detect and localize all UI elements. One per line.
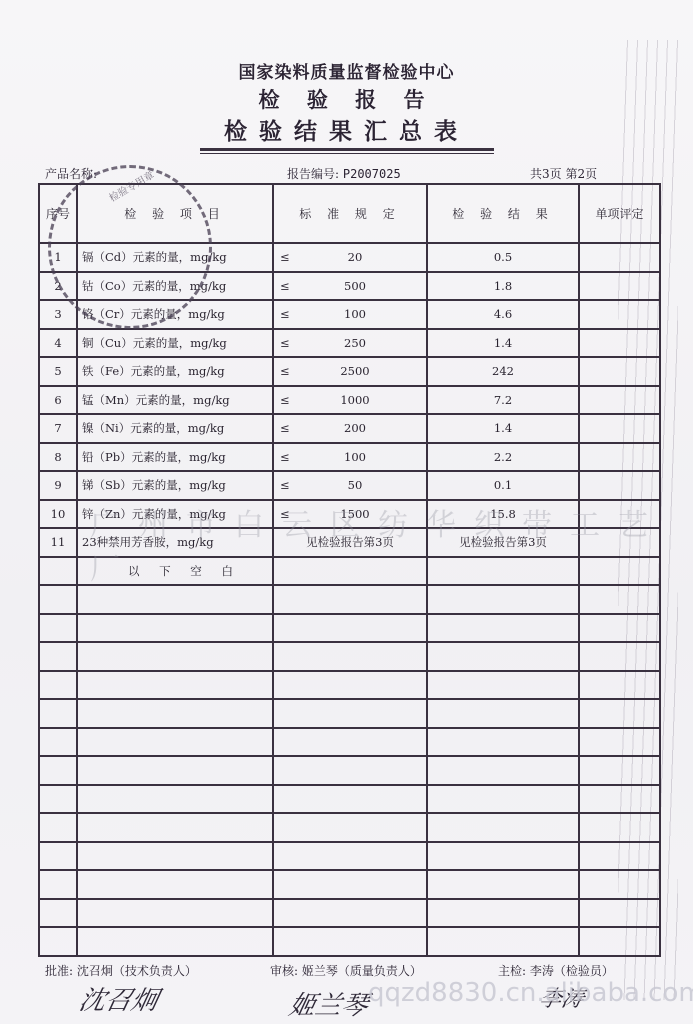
row-item: 锌（Zn）元素的量，mg/kg (77, 500, 273, 529)
empty-cell (579, 728, 660, 757)
empty-cell (77, 728, 273, 757)
empty-cell (77, 699, 273, 728)
row-result: 1.4 (427, 414, 579, 443)
standard-value: 250 (278, 336, 422, 350)
empty-row (39, 699, 660, 728)
table-row: 11 23种禁用芳香胺，mg/kg 见检验报告第3页 见检验报告第3页 (39, 528, 660, 557)
empty-cell (273, 813, 427, 842)
row-result: 4.6 (427, 300, 579, 329)
empty-cell (579, 756, 660, 785)
row-item: 锰（Mn）元素的量，mg/kg (77, 386, 273, 415)
blank-note: 以 下 空 白 (77, 557, 273, 586)
row-standard: ≤1500 (273, 500, 427, 529)
standard-value: 2500 (278, 364, 422, 378)
empty-row (39, 870, 660, 899)
inspector-label: 主检: 李涛（检验员） (498, 962, 614, 979)
row-standard: ≤1000 (273, 386, 427, 415)
empty-cell (579, 557, 660, 586)
table-row: 10 锌（Zn）元素的量，mg/kg ≤1500 15.8 (39, 500, 660, 529)
empty-cell (273, 557, 427, 586)
empty-cell (579, 614, 660, 643)
standard-value: 100 (278, 450, 422, 464)
table-row: 1 镉（Cd）元素的量，mg/kg ≤20 0.5 (39, 243, 660, 272)
standard-value: 20 (278, 250, 422, 264)
table-row: 5 铁（Fe）元素的量，mg/kg ≤2500 242 (39, 357, 660, 386)
approver-signature: 沈召炯 (76, 980, 162, 1017)
row-no: 5 (39, 357, 77, 386)
empty-cell (39, 642, 77, 671)
empty-cell (579, 813, 660, 842)
empty-cell (273, 899, 427, 928)
le-operator: ≤ (280, 450, 290, 464)
row-standard: 见检验报告第3页 (273, 528, 427, 557)
empty-cell (579, 927, 660, 956)
empty-cell (39, 671, 77, 700)
row-no: 2 (39, 272, 77, 301)
row-judgement (579, 357, 660, 386)
empty-cell (427, 870, 579, 899)
row-result: 7.2 (427, 386, 579, 415)
row-item: 钴（Co）元素的量，mg/kg (77, 272, 273, 301)
standard-value: 500 (278, 279, 422, 293)
table-row: 8 铅（Pb）元素的量，mg/kg ≤100 2.2 (39, 443, 660, 472)
table-row: 3 铬（Cr）元素的量，mg/kg ≤100 4.6 (39, 300, 660, 329)
empty-cell (427, 614, 579, 643)
empty-cell (579, 870, 660, 899)
empty-cell (273, 699, 427, 728)
empty-cell (273, 728, 427, 757)
approver-label: 批准: 沈召炯（技术负责人） (45, 962, 197, 979)
le-operator: ≤ (280, 364, 290, 378)
row-item: 铅（Pb）元素的量，mg/kg (77, 443, 273, 472)
col-header-standard: 标 准 规 定 (273, 184, 427, 243)
row-judgement (579, 500, 660, 529)
row-result: 见检验报告第3页 (427, 528, 579, 557)
empty-cell (579, 842, 660, 871)
table-row: 7 镍（Ni）元素的量，mg/kg ≤200 1.4 (39, 414, 660, 443)
empty-cell (273, 756, 427, 785)
report-number-label: 报告编号: (287, 167, 339, 181)
empty-row (39, 785, 660, 814)
empty-cell (77, 870, 273, 899)
row-standard: ≤500 (273, 272, 427, 301)
row-judgement (579, 329, 660, 358)
row-no: 9 (39, 471, 77, 500)
le-operator: ≤ (280, 507, 290, 521)
empty-cell (39, 899, 77, 928)
empty-cell (39, 927, 77, 956)
empty-cell (427, 642, 579, 671)
report-number: 报告编号: P2007025 (287, 165, 401, 182)
empty-cell (579, 699, 660, 728)
empty-cell (77, 642, 273, 671)
inspector-signature: 李涛 (537, 982, 588, 1013)
row-result: 1.4 (427, 329, 579, 358)
table-header-row: 序号 检 验 项 目 标 准 规 定 检 验 结 果 单项评定 (39, 184, 660, 243)
row-no: 4 (39, 329, 77, 358)
empty-cell (273, 927, 427, 956)
page-indicator: 共3页 第2页 (530, 165, 597, 182)
row-no: 1 (39, 243, 77, 272)
standard-value: 200 (278, 421, 422, 435)
organization-name: 国家染料质量监督检验中心 (0, 58, 693, 83)
table-row: 4 铜（Cu）元素的量，mg/kg ≤250 1.4 (39, 329, 660, 358)
row-judgement (579, 386, 660, 415)
empty-cell (273, 842, 427, 871)
empty-cell (273, 671, 427, 700)
reviewer-signature: 姬兰琴 (286, 985, 372, 1022)
empty-cell (427, 813, 579, 842)
empty-cell (427, 557, 579, 586)
row-standard: ≤100 (273, 300, 427, 329)
row-judgement (579, 243, 660, 272)
le-operator: ≤ (280, 336, 290, 350)
empty-cell (427, 756, 579, 785)
table-row: 9 锑（Sb）元素的量，mg/kg ≤50 0.1 (39, 471, 660, 500)
row-judgement (579, 471, 660, 500)
le-operator: ≤ (280, 307, 290, 321)
report-subtitle: 检验结果汇总表 (0, 113, 693, 146)
row-no: 11 (39, 528, 77, 557)
standard-value: 100 (278, 307, 422, 321)
empty-row (39, 642, 660, 671)
row-no: 6 (39, 386, 77, 415)
empty-cell (273, 614, 427, 643)
report-number-value: P2007025 (343, 167, 401, 181)
row-no (39, 557, 77, 586)
title-divider (200, 148, 494, 151)
reviewer-label: 审核: 姬兰琴（质量负责人） (270, 962, 422, 979)
row-item: 镉（Cd）元素的量，mg/kg (77, 243, 273, 272)
empty-cell (77, 842, 273, 871)
blank-note-row: 以 下 空 白 (39, 557, 660, 586)
row-item: 铬（Cr）元素的量，mg/kg (77, 300, 273, 329)
le-operator: ≤ (280, 279, 290, 293)
empty-cell (39, 870, 77, 899)
row-no: 10 (39, 500, 77, 529)
row-standard: ≤100 (273, 443, 427, 472)
empty-cell (427, 728, 579, 757)
empty-cell (77, 614, 273, 643)
empty-cell (427, 785, 579, 814)
empty-cell (579, 785, 660, 814)
report-title: 检 验 报 告 (0, 84, 693, 114)
empty-cell (39, 842, 77, 871)
row-judgement (579, 528, 660, 557)
title-divider-thin (200, 153, 494, 154)
row-result: 2.2 (427, 443, 579, 472)
empty-cell (39, 813, 77, 842)
empty-cell (77, 756, 273, 785)
row-no: 3 (39, 300, 77, 329)
col-header-result: 检 验 结 果 (427, 184, 579, 243)
row-standard: ≤200 (273, 414, 427, 443)
table-row: 2 钴（Co）元素的量，mg/kg ≤500 1.8 (39, 272, 660, 301)
le-operator: ≤ (280, 478, 290, 492)
row-standard: ≤50 (273, 471, 427, 500)
standard-value: 1000 (278, 393, 422, 407)
row-result: 0.1 (427, 471, 579, 500)
standard-value: 50 (278, 478, 422, 492)
results-table: 序号 检 验 项 目 标 准 规 定 检 验 结 果 单项评定 1 镉（Cd）元… (38, 183, 661, 957)
row-standard: ≤2500 (273, 357, 427, 386)
empty-cell (39, 728, 77, 757)
empty-row (39, 728, 660, 757)
col-header-item: 检 验 项 目 (77, 184, 273, 243)
empty-row (39, 671, 660, 700)
row-item: 铜（Cu）元素的量，mg/kg (77, 329, 273, 358)
empty-cell (39, 585, 77, 614)
empty-cell (427, 699, 579, 728)
col-header-no: 序号 (39, 184, 77, 243)
empty-cell (77, 671, 273, 700)
le-operator: ≤ (280, 250, 290, 264)
empty-cell (427, 927, 579, 956)
row-standard: ≤250 (273, 329, 427, 358)
empty-cell (77, 813, 273, 842)
empty-cell (77, 785, 273, 814)
empty-cell (77, 927, 273, 956)
row-item: 23种禁用芳香胺，mg/kg (77, 528, 273, 557)
row-judgement (579, 443, 660, 472)
empty-cell (39, 699, 77, 728)
empty-row (39, 756, 660, 785)
row-judgement (579, 300, 660, 329)
le-operator: ≤ (280, 393, 290, 407)
empty-cell (427, 585, 579, 614)
empty-cell (273, 870, 427, 899)
empty-cell (579, 585, 660, 614)
empty-cell (579, 899, 660, 928)
row-no: 8 (39, 443, 77, 472)
empty-row (39, 585, 660, 614)
empty-cell (427, 899, 579, 928)
empty-cell (39, 756, 77, 785)
row-judgement (579, 414, 660, 443)
row-result: 1.8 (427, 272, 579, 301)
row-item: 锑（Sb）元素的量，mg/kg (77, 471, 273, 500)
empty-cell (273, 642, 427, 671)
row-judgement (579, 272, 660, 301)
empty-row (39, 927, 660, 956)
empty-cell (427, 842, 579, 871)
empty-cell (77, 899, 273, 928)
empty-row (39, 899, 660, 928)
empty-cell (39, 785, 77, 814)
empty-cell (427, 671, 579, 700)
empty-row (39, 614, 660, 643)
row-result: 242 (427, 357, 579, 386)
col-header-judgement: 单项评定 (579, 184, 660, 243)
row-result: 0.5 (427, 243, 579, 272)
empty-cell (77, 585, 273, 614)
le-operator: ≤ (280, 421, 290, 435)
row-no: 7 (39, 414, 77, 443)
standard-value: 1500 (278, 507, 422, 521)
empty-row (39, 813, 660, 842)
row-standard: ≤20 (273, 243, 427, 272)
product-name-label: 产品名称: (45, 165, 97, 182)
table-row: 6 锰（Mn）元素的量，mg/kg ≤1000 7.2 (39, 386, 660, 415)
row-item: 铁（Fe）元素的量，mg/kg (77, 357, 273, 386)
empty-cell (579, 642, 660, 671)
empty-row (39, 842, 660, 871)
empty-cell (273, 585, 427, 614)
row-item: 镍（Ni）元素的量，mg/kg (77, 414, 273, 443)
row-result: 15.8 (427, 500, 579, 529)
empty-cell (39, 614, 77, 643)
empty-cell (579, 671, 660, 700)
empty-cell (273, 785, 427, 814)
